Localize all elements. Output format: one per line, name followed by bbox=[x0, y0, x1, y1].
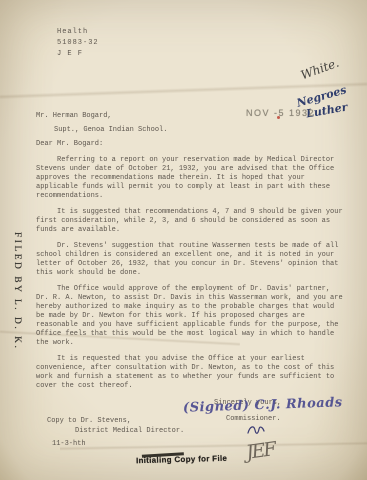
salutation: Dear Mr. Bogard: bbox=[36, 140, 344, 149]
letter-scan: Health 51083-32 J E F White. Negroes Lut… bbox=[0, 0, 367, 480]
handwritten-note-white: White. bbox=[299, 56, 341, 83]
recipient-name: Mr. Herman Bogard, bbox=[36, 112, 344, 121]
typist-initials: J E F bbox=[57, 49, 99, 60]
file-number: 51083-32 bbox=[57, 38, 99, 49]
signer-title: Commissioner. bbox=[226, 415, 281, 423]
signature-flourish-icon bbox=[247, 423, 265, 441]
body-paragraph: It is suggested that recommendations 4, … bbox=[36, 208, 344, 235]
file-classification-block: Health 51083-32 J E F bbox=[57, 27, 99, 60]
paper-crease bbox=[60, 441, 367, 450]
body-paragraph: Dr. Stevens' suggestion that routine Was… bbox=[36, 242, 344, 278]
handwritten-initials: JEF bbox=[245, 438, 276, 464]
reference-number: 11-3-hth bbox=[52, 440, 86, 448]
filed-by-stamp: FILED BY L. D. K. bbox=[12, 232, 22, 350]
letter-body: Mr. Herman Bogard, Supt., Genoa Indian S… bbox=[36, 112, 344, 413]
body-paragraph: Referring to a report on your reservatio… bbox=[36, 156, 344, 201]
filing-copy-stamp: Initialing Copy for File bbox=[136, 454, 227, 465]
body-paragraph: It is requested that you advise the Offi… bbox=[36, 355, 344, 391]
file-heading: Health bbox=[57, 27, 99, 38]
body-paragraph: The Office would approve of the employme… bbox=[36, 285, 344, 348]
cc-title: District Medical Director. bbox=[75, 427, 184, 435]
recipient-title: Supt., Genoa Indian School. bbox=[54, 126, 344, 135]
cc-line: Copy to Dr. Stevens, bbox=[47, 417, 131, 425]
